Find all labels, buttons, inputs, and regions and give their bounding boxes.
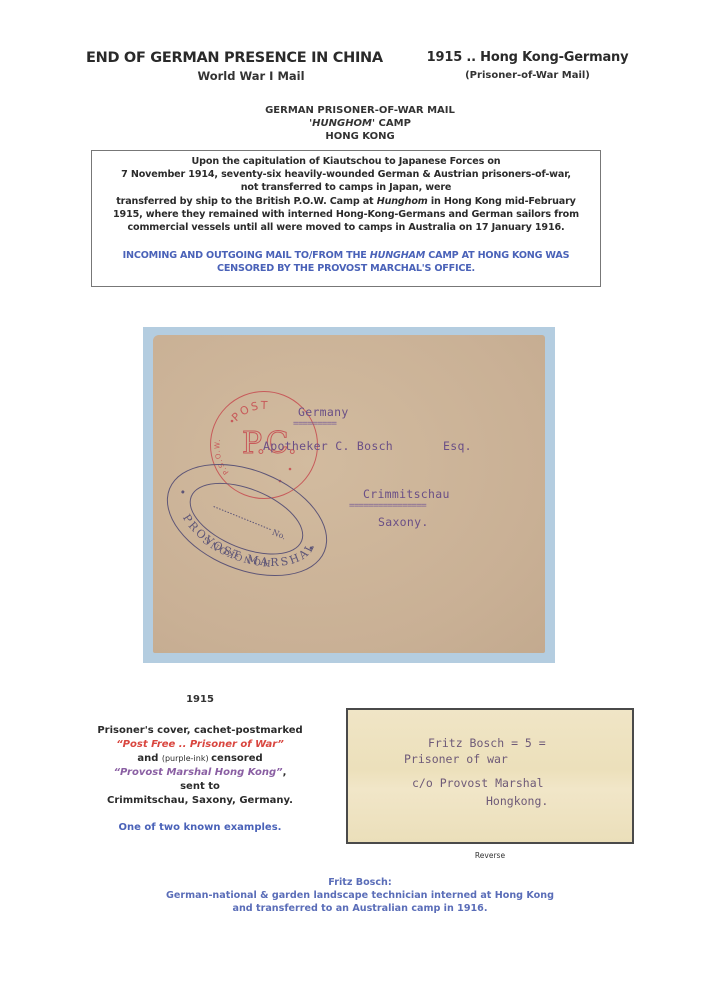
cover-front-image: POST P.S.O.W. P.C. PROVOST MARSHAL HONGK… [153,335,545,653]
mail-type-subtitle: (Prisoner-of-War Mail) [420,70,635,81]
caption-span: and [137,753,162,764]
address-honorific: Esq. [443,439,472,453]
note-span: CAMP AT HONG KONG WAS [425,250,569,261]
reverse-place: Hongkong. [486,794,548,808]
cover-year: 1915 [80,694,320,705]
caption-line: Crimmitschau, Saxony, Germany. [80,794,320,808]
bio-line: and transferred to an Australian camp in… [120,902,600,915]
reverse-label: Reverse [346,851,634,860]
camp-name: 'HUNGHOM' [309,118,375,129]
address-country-underline: ========= [293,419,336,429]
page-title: END OF GERMAN PRESENCE IN CHINA [86,50,383,66]
heading-line-3: HONG KONG [160,130,560,143]
bio-name: Fritz Bosch: [120,876,600,889]
note-span: INCOMING AND OUTGOING MAIL TO/FROM THE [123,250,370,261]
intro-text-span: in Hong Kong mid-February [428,196,576,207]
heading-line-2: 'HUNGHOM' CAMP [160,117,560,130]
bio-line: German-national & garden landscape techn… [120,889,600,902]
intro-text-span: transferred by ship to the British P.O.W… [116,196,376,207]
note-camp-name: HUNGHAM [370,250,425,261]
intro-camp-name: Hunghom [377,196,428,207]
page-subtitle: World War I Mail [86,69,416,83]
intro-line: transferred by ship to the British P.O.W… [96,195,596,208]
intro-line: 1915, where they remained with interned … [96,208,596,221]
section-heading: GERMAN PRISONER-OF-WAR MAIL 'HUNGHOM' CA… [160,104,560,143]
address-city-underline: ================ [349,501,426,511]
intro-line: not transferred to camps in Japan, were [96,181,596,194]
intro-line: Upon the capitulation of Kiautschou to J… [96,155,596,168]
svg-text:POST: POST [229,398,269,423]
intro-text-box: Upon the capitulation of Kiautschou to J… [91,150,601,287]
caption-line: and (purple-ink) censored [80,752,320,766]
cover-reverse-image: Fritz Bosch = 5 = Prisoner of war c/o Pr… [346,708,634,844]
censorship-note: INCOMING AND OUTGOING MAIL TO/FROM THE H… [96,249,596,275]
address-recipient: Apotheker C. Bosch [263,439,393,453]
caption-line: “Provost Marshal Hong Kong”, [80,766,320,780]
sender-bio: Fritz Bosch: German-national & garden la… [120,876,600,915]
reverse-sender-name: Fritz Bosch = 5 = [428,736,546,750]
note-line: CENSORED BY THE PROVOST MARCHAL'S OFFICE… [96,262,596,275]
address-region: Saxony. [378,515,429,529]
date-route-title: 1915 .. Hong Kong-Germany [420,50,635,65]
cover-description: Prisoner's cover, cachet-postmarked “Pos… [80,724,320,808]
heading-camp-label: CAMP [375,118,411,129]
caption-span: , [283,767,287,778]
address-city: Crimmitschau [363,487,450,501]
caption-ink-note: (purple-ink) [162,754,211,763]
caption-line: sent to [80,780,320,794]
intro-line: commercial vessels until all were moved … [96,221,596,234]
note-line: INCOMING AND OUTGOING MAIL TO/FROM THE H… [96,249,596,262]
intro-paragraph: Upon the capitulation of Kiautschou to J… [96,155,596,234]
reverse-care-of: c/o Provost Marshal [412,776,544,790]
heading-line-1: GERMAN PRISONER-OF-WAR MAIL [160,104,560,117]
caption-line: Prisoner's cover, cachet-postmarked [80,724,320,738]
caption-cachet-text: “Post Free .. Prisoner of War” [80,738,320,752]
rarity-note: One of two known examples. [80,822,320,833]
caption-span: censored [211,753,263,764]
intro-line: 7 November 1914, seventy-six heavily-wou… [96,168,596,181]
caption-censor-text: “Provost Marshal Hong Kong” [114,767,283,778]
address-country: Germany [298,405,349,419]
reverse-status: Prisoner of war [404,752,508,766]
